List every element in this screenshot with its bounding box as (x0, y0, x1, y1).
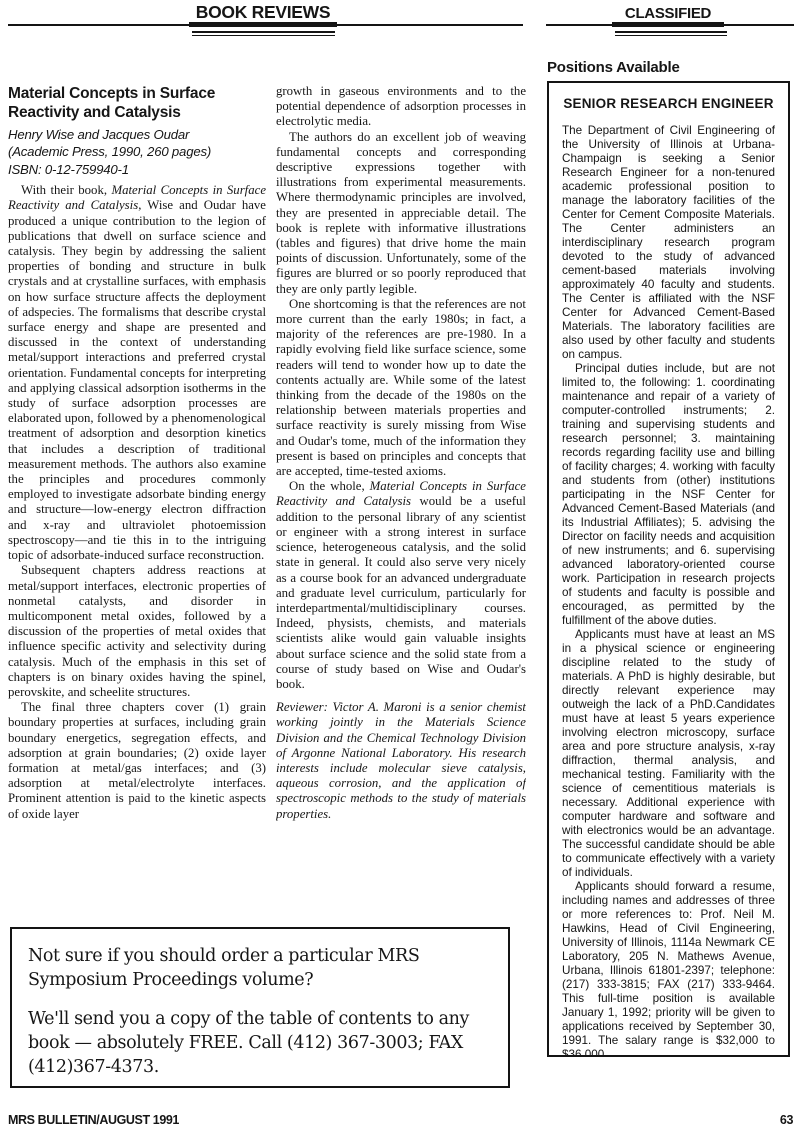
review-paragraph-1: With their book, Material Concepts in Su… (8, 183, 266, 563)
positions-available-heading: Positions Available (547, 59, 680, 76)
book-review-column-2: growth in gaseous environments and to th… (276, 84, 526, 884)
book-title: Material Concepts in Surface Reactivity … (8, 84, 266, 122)
classified-thick-bar (612, 22, 724, 27)
job-paragraph-2: Principal duties include, but are not li… (562, 362, 775, 628)
job-paragraph-4: Applicants should forward a resume, incl… (562, 880, 775, 1057)
promo-offer: We'll send you a copy of the table of co… (28, 1007, 492, 1079)
review-paragraph-6: On the whole, Material Concepts in Surfa… (276, 479, 526, 692)
book-review-column-1: Material Concepts in Surface Reactivity … (8, 84, 266, 904)
review-paragraph-5: One shortcoming is that the references a… (276, 297, 526, 479)
footer-page-number: 63 (780, 1113, 793, 1127)
book-reviews-underline-1 (192, 31, 335, 33)
mrs-promo-box: Not sure if you should order a particula… (10, 927, 510, 1088)
reviewer-note: Reviewer: Victor A. Maroni is a senior c… (276, 700, 526, 822)
classified-underline-1 (615, 31, 727, 33)
review-paragraph-3b: growth in gaseous environments and to th… (276, 84, 526, 130)
classified-underline-2 (615, 35, 727, 36)
book-reviews-underline-2 (192, 35, 335, 36)
book-reviews-heading: BOOK REVIEWS (140, 2, 386, 23)
job-ad-box: SENIOR RESEARCH ENGINEER The Department … (547, 81, 790, 1057)
magazine-page: BOOK REVIEWS CLASSIFIED Material Concept… (0, 0, 800, 1135)
job-title: SENIOR RESEARCH ENGINEER (562, 96, 775, 111)
book-byline-block: Henry Wise and Jacques Oudar (Academic P… (8, 126, 266, 178)
book-authors: Henry Wise and Jacques Oudar (8, 126, 266, 143)
book-reviews-thick-bar (189, 22, 337, 27)
book-isbn: ISBN: 0-12-759940-1 (8, 161, 266, 178)
footer-journal-title: MRS BULLETIN/AUGUST 1991 (8, 1113, 179, 1127)
job-paragraph-3: Applicants must have at least an MS in a… (562, 628, 775, 880)
classified-heading: CLASSIFIED (560, 5, 776, 22)
review-paragraph-4: The authors do an excellent job of weavi… (276, 130, 526, 297)
book-publisher: (Academic Press, 1990, 260 pages) (8, 143, 266, 160)
job-paragraph-1: The Department of Civil Engineering of t… (562, 124, 775, 362)
review-paragraph-3a: The final three chapters cover (1) grain… (8, 700, 266, 822)
review-paragraph-2: Subsequent chapters address reactions at… (8, 563, 266, 700)
promo-question: Not sure if you should order a particula… (28, 944, 492, 992)
